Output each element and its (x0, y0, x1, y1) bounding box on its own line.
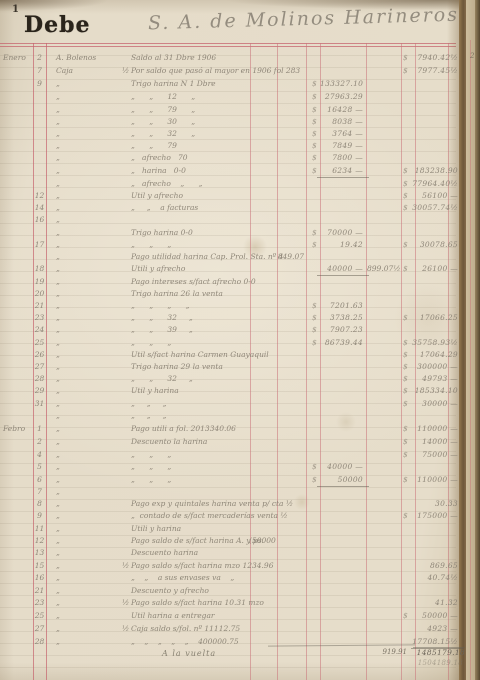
entry-day: 9 (33, 78, 46, 90)
ledger-row: 21„Descuento y afrecho (0, 585, 480, 597)
entry-day: 31 (33, 398, 46, 410)
ledger-row: $„Trigo harina 0-070000 — (0, 227, 480, 239)
entry-amount2: 41.32 (412, 597, 458, 609)
entry-amount2: 185334.10 (412, 385, 458, 397)
ledger-row: $„„ „ 797849 — (0, 140, 480, 152)
entry-account: „ (56, 385, 122, 397)
entry-amount2: 7977.45½ (412, 65, 458, 77)
entry-description: „ „ „ (131, 239, 171, 251)
entry-day: 6 (33, 474, 46, 486)
entry-day: 11 (33, 523, 46, 535)
entry-day: 19 (33, 276, 46, 288)
entry-day: 27 (33, 361, 46, 373)
entry-day: 2 (33, 436, 46, 448)
currency-mark: $ (403, 398, 412, 410)
entry-account: „ (56, 560, 122, 572)
entry-description: „ „ „ „ (131, 300, 189, 312)
currency-mark: $ (403, 52, 412, 64)
currency-mark: $ (403, 436, 412, 448)
entry-account: „ (56, 324, 122, 336)
entry-amount-mid: 899.07½ (367, 263, 400, 275)
ledger-row: $$17„„ „ „19.4230078.65 (0, 239, 480, 251)
ledger-row: $21„„ „ „ „7201.63 (0, 300, 480, 312)
entry-premark: ½ (122, 597, 131, 609)
entry-day: 28 (33, 636, 46, 648)
entry-premark: ½ (122, 560, 131, 572)
entry-amount2: 183238.90 (412, 165, 458, 177)
entry-amount2: 14000 — (412, 436, 458, 448)
ledger-row: $„„ „ 79 „16428 — (0, 104, 480, 116)
ledger-rows: $Enero2A. BolenosSaldo al 31 Dbre 190679… (0, 0, 480, 680)
entry-amount2: 77964.40½ (412, 178, 458, 190)
entry-account: „ (56, 116, 122, 128)
entry-description: Pago saldo s/fact harina 10.31 mzo (131, 597, 264, 609)
entry-description: „ contado de s/fact mercaderías venta ½ (131, 510, 288, 522)
ledger-row: $28„„ „ 32 „49793 — (0, 373, 480, 385)
entry-amount2: 869.65 (412, 560, 458, 572)
entry-description: Caja saldo s/fol. nº 11112.75 (131, 623, 240, 635)
entry-description: Util s/fact harina Carmen Guayaquil (131, 349, 269, 361)
entry-account: A. Bolenos (56, 52, 122, 64)
entry-amount1: 40000 — (320, 263, 363, 275)
entry-account: „ (56, 623, 122, 635)
entry-amount2: 30078.65 (412, 239, 458, 251)
ledger-row: 20„Trigo harina 26 la venta (0, 288, 480, 300)
ledger-row: 16„ (0, 214, 480, 226)
entry-account: „ (56, 104, 122, 116)
entry-day: 28 (33, 373, 46, 385)
entry-amount2: 26100 — (412, 263, 458, 275)
entry-account: „ (56, 585, 122, 597)
entry-account: „ (56, 349, 122, 361)
entry-description: Pago utilidad harina Cap. Prol. Sta. nº … (131, 251, 283, 263)
entry-description: Saldo al 31 Dbre 1906 (131, 52, 216, 64)
entry-account: „ (56, 227, 122, 239)
entry-premark: ½ (122, 623, 131, 635)
ledger-row: $Enero2A. BolenosSaldo al 31 Dbre 190679… (0, 52, 480, 64)
entry-day: 15 (33, 560, 46, 572)
ledger-row: $26„Util s/fact harina Carmen Guayaquil1… (0, 349, 480, 361)
entry-amount2: 110000 — (412, 474, 458, 486)
entry-description: „ „ 32 „ (131, 373, 193, 385)
ledger-row: 27„½Caja saldo s/fol. nº 11112.754923 — (0, 623, 480, 635)
ledger-row: $25„Util harina a entregar50000 — (0, 610, 480, 622)
entry-day: 4 (33, 449, 46, 461)
currency-mark: $ (312, 239, 320, 251)
ledger-row: $Febro1„Pago utili a fol. 2013340.061100… (0, 423, 480, 435)
entry-account: „ (56, 474, 122, 486)
entry-account: Caja (56, 65, 122, 77)
entry-account: „ (56, 523, 122, 535)
entry-description: „ „ „ (131, 449, 171, 461)
ledger-row: $„„ „ 12 „27963.29 (0, 91, 480, 103)
entry-description: „ „ 39 „ (131, 324, 193, 336)
ledger-row: „Pago utilidad harina Cap. Prol. Sta. nº… (0, 251, 480, 263)
entry-account: „ (56, 300, 122, 312)
entry-description: Pago exp y quintales harina venta p/ cta… (131, 498, 293, 510)
entry-premark: ½ (122, 65, 131, 77)
currency-mark: $ (403, 65, 412, 77)
entry-account: „ (56, 263, 122, 275)
entry-description: Trigo harina 26 la venta (131, 288, 223, 300)
entry-description: „ „ „ (131, 337, 171, 349)
ledger-row: $18„Utili y afrecho40000 —899.07½26100 — (0, 263, 480, 275)
entry-account: „ (56, 373, 122, 385)
currency-mark: $ (403, 361, 412, 373)
currency-mark: $ (312, 474, 320, 486)
entry-day: 24 (33, 324, 46, 336)
currency-mark: $ (403, 337, 412, 349)
entry-description: Util harina a entregar (131, 610, 215, 622)
entry-amount1: 86739.44 (320, 337, 363, 349)
currency-mark: $ (403, 474, 412, 486)
entry-day: 13 (33, 547, 46, 559)
entry-amount2: 30057.74½ (412, 202, 458, 214)
entry-description: „ „ 32 „ (131, 128, 195, 140)
ledger-row: $14„„ „ a facturas30057.74½ (0, 202, 480, 214)
currency-mark: $ (403, 373, 412, 385)
ledger-row: 15„½Pago saldo s/fact harina mzo 1234.96… (0, 560, 480, 572)
entry-account: „ (56, 165, 122, 177)
entry-day: 7 (33, 65, 46, 77)
total-secondary: 919.91 (375, 648, 407, 656)
entry-account: „ (56, 239, 122, 251)
currency-mark: $ (403, 423, 412, 435)
entry-amount2: 7940.42½ (412, 52, 458, 64)
entry-amount2: 56100 — (412, 190, 458, 202)
entry-account: „ (56, 288, 122, 300)
entry-day: 21 (33, 300, 46, 312)
ledger-row: $4„„ „ „75000 — (0, 449, 480, 461)
entry-description: Utili y afrecho (131, 263, 185, 275)
entry-amount2: 175000 — (412, 510, 458, 522)
entry-amount1: 16428 — (320, 104, 363, 116)
ledger-row: $12„Util y afrecho56100 — (0, 190, 480, 202)
entry-description: „ „ „ (131, 474, 171, 486)
ledger-row: $9„Trigo harina N 1 Dbre133327.10 (0, 78, 480, 90)
entry-account: „ (56, 510, 122, 522)
entry-amount2: 110000 — (412, 423, 458, 435)
currency-mark: $ (403, 239, 412, 251)
entry-account: „ (56, 361, 122, 373)
entry-day: 25 (33, 337, 46, 349)
currency-mark: $ (403, 178, 412, 190)
entry-amount2: 17066.25 (412, 312, 458, 324)
ledger-row: 7„ (0, 486, 480, 498)
entry-description: „ „ „ (131, 461, 171, 473)
currency-mark: $ (312, 300, 320, 312)
ledger-row: $$25„„ „ „86739.4435758.93½ (0, 337, 480, 349)
entry-day: 7 (33, 486, 46, 498)
entry-account: „ (56, 597, 122, 609)
entry-qty2: 849.07 (277, 251, 304, 263)
entry-description: Pago utili a fol. 2013340.06 (131, 423, 236, 435)
currency-mark: $ (312, 91, 320, 103)
entry-day: 20 (33, 288, 46, 300)
entry-amount1: 3764 — (320, 128, 363, 140)
entry-day: 16 (33, 572, 46, 584)
currency-mark: $ (312, 104, 320, 116)
entry-day: 29 (33, 385, 46, 397)
entry-amount2: 17064.29 (412, 349, 458, 361)
entry-description: „ afrecho „ „ (131, 178, 202, 190)
entry-description: Trigo harina 29 la venta (131, 361, 223, 373)
ledger-row: 12„Pago saldo de s/fact harina A. y ps.(… (0, 535, 480, 547)
ledger-row: $„„ afrecho „ „77964.40½ (0, 178, 480, 190)
entry-account: „ (56, 251, 122, 263)
entry-day: 12 (33, 190, 46, 202)
entry-day: 26 (33, 349, 46, 361)
currency-mark: $ (403, 510, 412, 522)
currency-mark: $ (403, 610, 412, 622)
entry-description: „ „ a sus envases va „ (131, 572, 234, 584)
entry-amount1: 27963.29 (320, 91, 363, 103)
currency-mark: $ (312, 337, 320, 349)
entry-day: 8 (33, 498, 46, 510)
entry-amount2: 30.33 (412, 498, 458, 510)
ledger-row: $9„„ contado de s/fact mercaderías venta… (0, 510, 480, 522)
entry-description: „ harina 0-0 (131, 165, 186, 177)
entry-account: „ (56, 410, 122, 422)
ledger-row: 23„½Pago saldo s/fact harina 10.31 mzo41… (0, 597, 480, 609)
entry-amount2: 75000 — (412, 449, 458, 461)
currency-mark: $ (403, 165, 412, 177)
entry-month: Febro (3, 423, 33, 435)
ledger-row: 28„„ „ „ „ „ 400000.7517708.15½ (0, 636, 480, 648)
entry-day: 9 (33, 510, 46, 522)
currency-mark: $ (403, 312, 412, 324)
entry-account: „ (56, 140, 122, 152)
currency-mark: $ (403, 263, 412, 275)
currency-mark: $ (312, 78, 320, 90)
entry-day: 18 (33, 263, 46, 275)
entry-description: „ afrecho 70 (131, 152, 188, 164)
ledger-row: 16„„ „ a sus envases va „40.74½ (0, 572, 480, 584)
entry-account: „ (56, 337, 122, 349)
entry-account: „ (56, 128, 122, 140)
entry-amount1: 7907.23 (320, 324, 363, 336)
entry-amount1: 7849 — (320, 140, 363, 152)
entry-amount2: 49793 — (412, 373, 458, 385)
ledger-row: $7Caja½Por saldo que pasó al mayor en 19… (0, 65, 480, 77)
entry-amount2: 35758.93½ (412, 337, 458, 349)
currency-mark: $ (403, 449, 412, 461)
entry-account: „ (56, 547, 122, 559)
ledger-row: 8„Pago exp y quintales harina venta p/ c… (0, 498, 480, 510)
entry-account: „ (56, 312, 122, 324)
entry-day: 14 (33, 202, 46, 214)
entry-description: Util y harina (131, 385, 179, 397)
entry-description: „ „ „ „ „ 400000.75 (131, 636, 239, 648)
entry-account: „ (56, 78, 122, 90)
ledger-row: $$23„„ „ 32 „3738.2517066.25 (0, 312, 480, 324)
entry-account: „ (56, 610, 122, 622)
entry-amount2: 4923 — (412, 623, 458, 635)
entry-day: 12 (33, 535, 46, 547)
entry-day: 16 (33, 214, 46, 226)
currency-mark: $ (312, 324, 320, 336)
currency-mark: $ (403, 385, 412, 397)
entry-amount1: 7201.63 (320, 300, 363, 312)
entry-account: „ (56, 572, 122, 584)
currency-mark: $ (403, 190, 412, 202)
entry-description: Por saldo que pasó al mayor en 1906 fol … (131, 65, 300, 77)
entry-day: 23 (33, 597, 46, 609)
entry-account: „ (56, 202, 122, 214)
currency-mark: $ (312, 140, 320, 152)
entry-amount2: 40.74½ (412, 572, 458, 584)
ledger-row: $5„„ „ „40000 — (0, 461, 480, 473)
entry-account: „ (56, 423, 122, 435)
entry-description: Util y afrecho (131, 190, 183, 202)
entry-day: 21 (33, 585, 46, 597)
ledger-page: 1 Debe S. A. de Molinos Harineros 2 $Ene… (0, 0, 480, 680)
entry-account: „ (56, 436, 122, 448)
entry-description: Trigo harina 0-0 (131, 227, 193, 239)
ledger-row: 19„Pago intereses s/fact afrecho 0-0 (0, 276, 480, 288)
entry-amount1: 7800 — (320, 152, 363, 164)
ledger-row: $29„Util y harina185334.10 (0, 385, 480, 397)
entry-description: „ „ 79 (131, 140, 177, 152)
ledger-row: $31„„ „ „30000 — (0, 398, 480, 410)
ledger-row: 13„Descuento harina (0, 547, 480, 559)
ledger-row: $27„Trigo harina 29 la venta300000 — (0, 361, 480, 373)
entry-qty1: (50000 (249, 535, 275, 547)
entry-account: „ (56, 636, 122, 648)
entry-account: „ (56, 449, 122, 461)
entry-account: „ (56, 486, 122, 498)
entry-day: 23 (33, 312, 46, 324)
entry-amount1: 19.42 (320, 239, 363, 251)
ledger-row: $$„„ harina 0-06234 —183238.90 (0, 165, 480, 177)
currency-mark: $ (312, 152, 320, 164)
entry-account: „ (56, 398, 122, 410)
currency-mark: $ (312, 227, 320, 239)
entry-account: „ (56, 535, 122, 547)
entry-amount2: 50000 — (412, 610, 458, 622)
entry-description: Utili y harina (131, 523, 181, 535)
entry-description: „ „ „ (131, 410, 167, 422)
entry-account: „ (56, 190, 122, 202)
entry-day: 2 (33, 52, 46, 64)
entry-description: „ „ 30 „ (131, 116, 195, 128)
entry-day: 5 (33, 461, 46, 473)
entry-description: Pago saldo de s/fact harina A. y ps. (131, 535, 264, 547)
currency-mark: $ (312, 128, 320, 140)
entry-account: „ (56, 178, 122, 190)
entry-description: „ „ 32 „ (131, 312, 193, 324)
ledger-row: $„„ afrecho 707800 — (0, 152, 480, 164)
entry-account: „ (56, 91, 122, 103)
total-faint: 1504189.18 (406, 659, 463, 667)
currency-mark: $ (403, 349, 412, 361)
entry-description: „ „ 12 „ (131, 91, 195, 103)
ledger-row: $„„ „ 30 „8038 — (0, 116, 480, 128)
entry-amount1: 70000 — (320, 227, 363, 239)
entry-amount2: 300000 — (412, 361, 458, 373)
entry-description: Pago saldo s/fact harina mzo 1234.96 (131, 560, 273, 572)
entry-amount1: 8038 — (320, 116, 363, 128)
ledger-row: 11„Utili y harina (0, 523, 480, 535)
entry-description: Descuento y afrecho (131, 585, 209, 597)
ledger-row: $„„ „ 32 „3764 — (0, 128, 480, 140)
ledger-row: $24„„ „ 39 „7907.23 (0, 324, 480, 336)
entry-description: „ „ a facturas (131, 202, 198, 214)
currency-mark: $ (312, 165, 320, 177)
entry-amount1: 40000 — (320, 461, 363, 473)
currency-mark: $ (312, 116, 320, 128)
entry-day: 27 (33, 623, 46, 635)
entry-amount1: 6234 — (320, 165, 363, 177)
entry-amount1: 50000 (320, 474, 363, 486)
carry-forward-label: A la vuelta (162, 649, 216, 658)
entry-account: „ (56, 461, 122, 473)
entry-day: 25 (33, 610, 46, 622)
currency-mark: $ (403, 202, 412, 214)
entry-description: Pago intereses s/fact afrecho 0-0 (131, 276, 256, 288)
entry-description: „ „ 79 „ (131, 104, 195, 116)
ledger-row: $2„Descuento la harina14000 — (0, 436, 480, 448)
currency-mark: $ (312, 312, 320, 324)
entry-account: „ (56, 152, 122, 164)
entry-description: Descuento harina (131, 547, 198, 559)
entry-description: „ „ „ (131, 398, 167, 410)
entry-amount1: 133327.10 (320, 78, 363, 90)
ledger-row: „„ „ „ (0, 410, 480, 422)
entry-day: 1 (33, 423, 46, 435)
entry-amount2: 30000 — (412, 398, 458, 410)
entry-description: Descuento la harina (131, 436, 207, 448)
ledger-row: $$6„„ „ „50000110000 — (0, 474, 480, 486)
total-main: 1485179.18 (408, 648, 465, 657)
entry-account: „ (56, 214, 122, 226)
entry-day: 17 (33, 239, 46, 251)
entry-amount1: 3738.25 (320, 312, 363, 324)
entry-month: Enero (3, 52, 33, 64)
entry-description: Trigo harina N 1 Dbre (131, 78, 216, 90)
entry-account: „ (56, 276, 122, 288)
entry-account: „ (56, 498, 122, 510)
currency-mark: $ (312, 461, 320, 473)
